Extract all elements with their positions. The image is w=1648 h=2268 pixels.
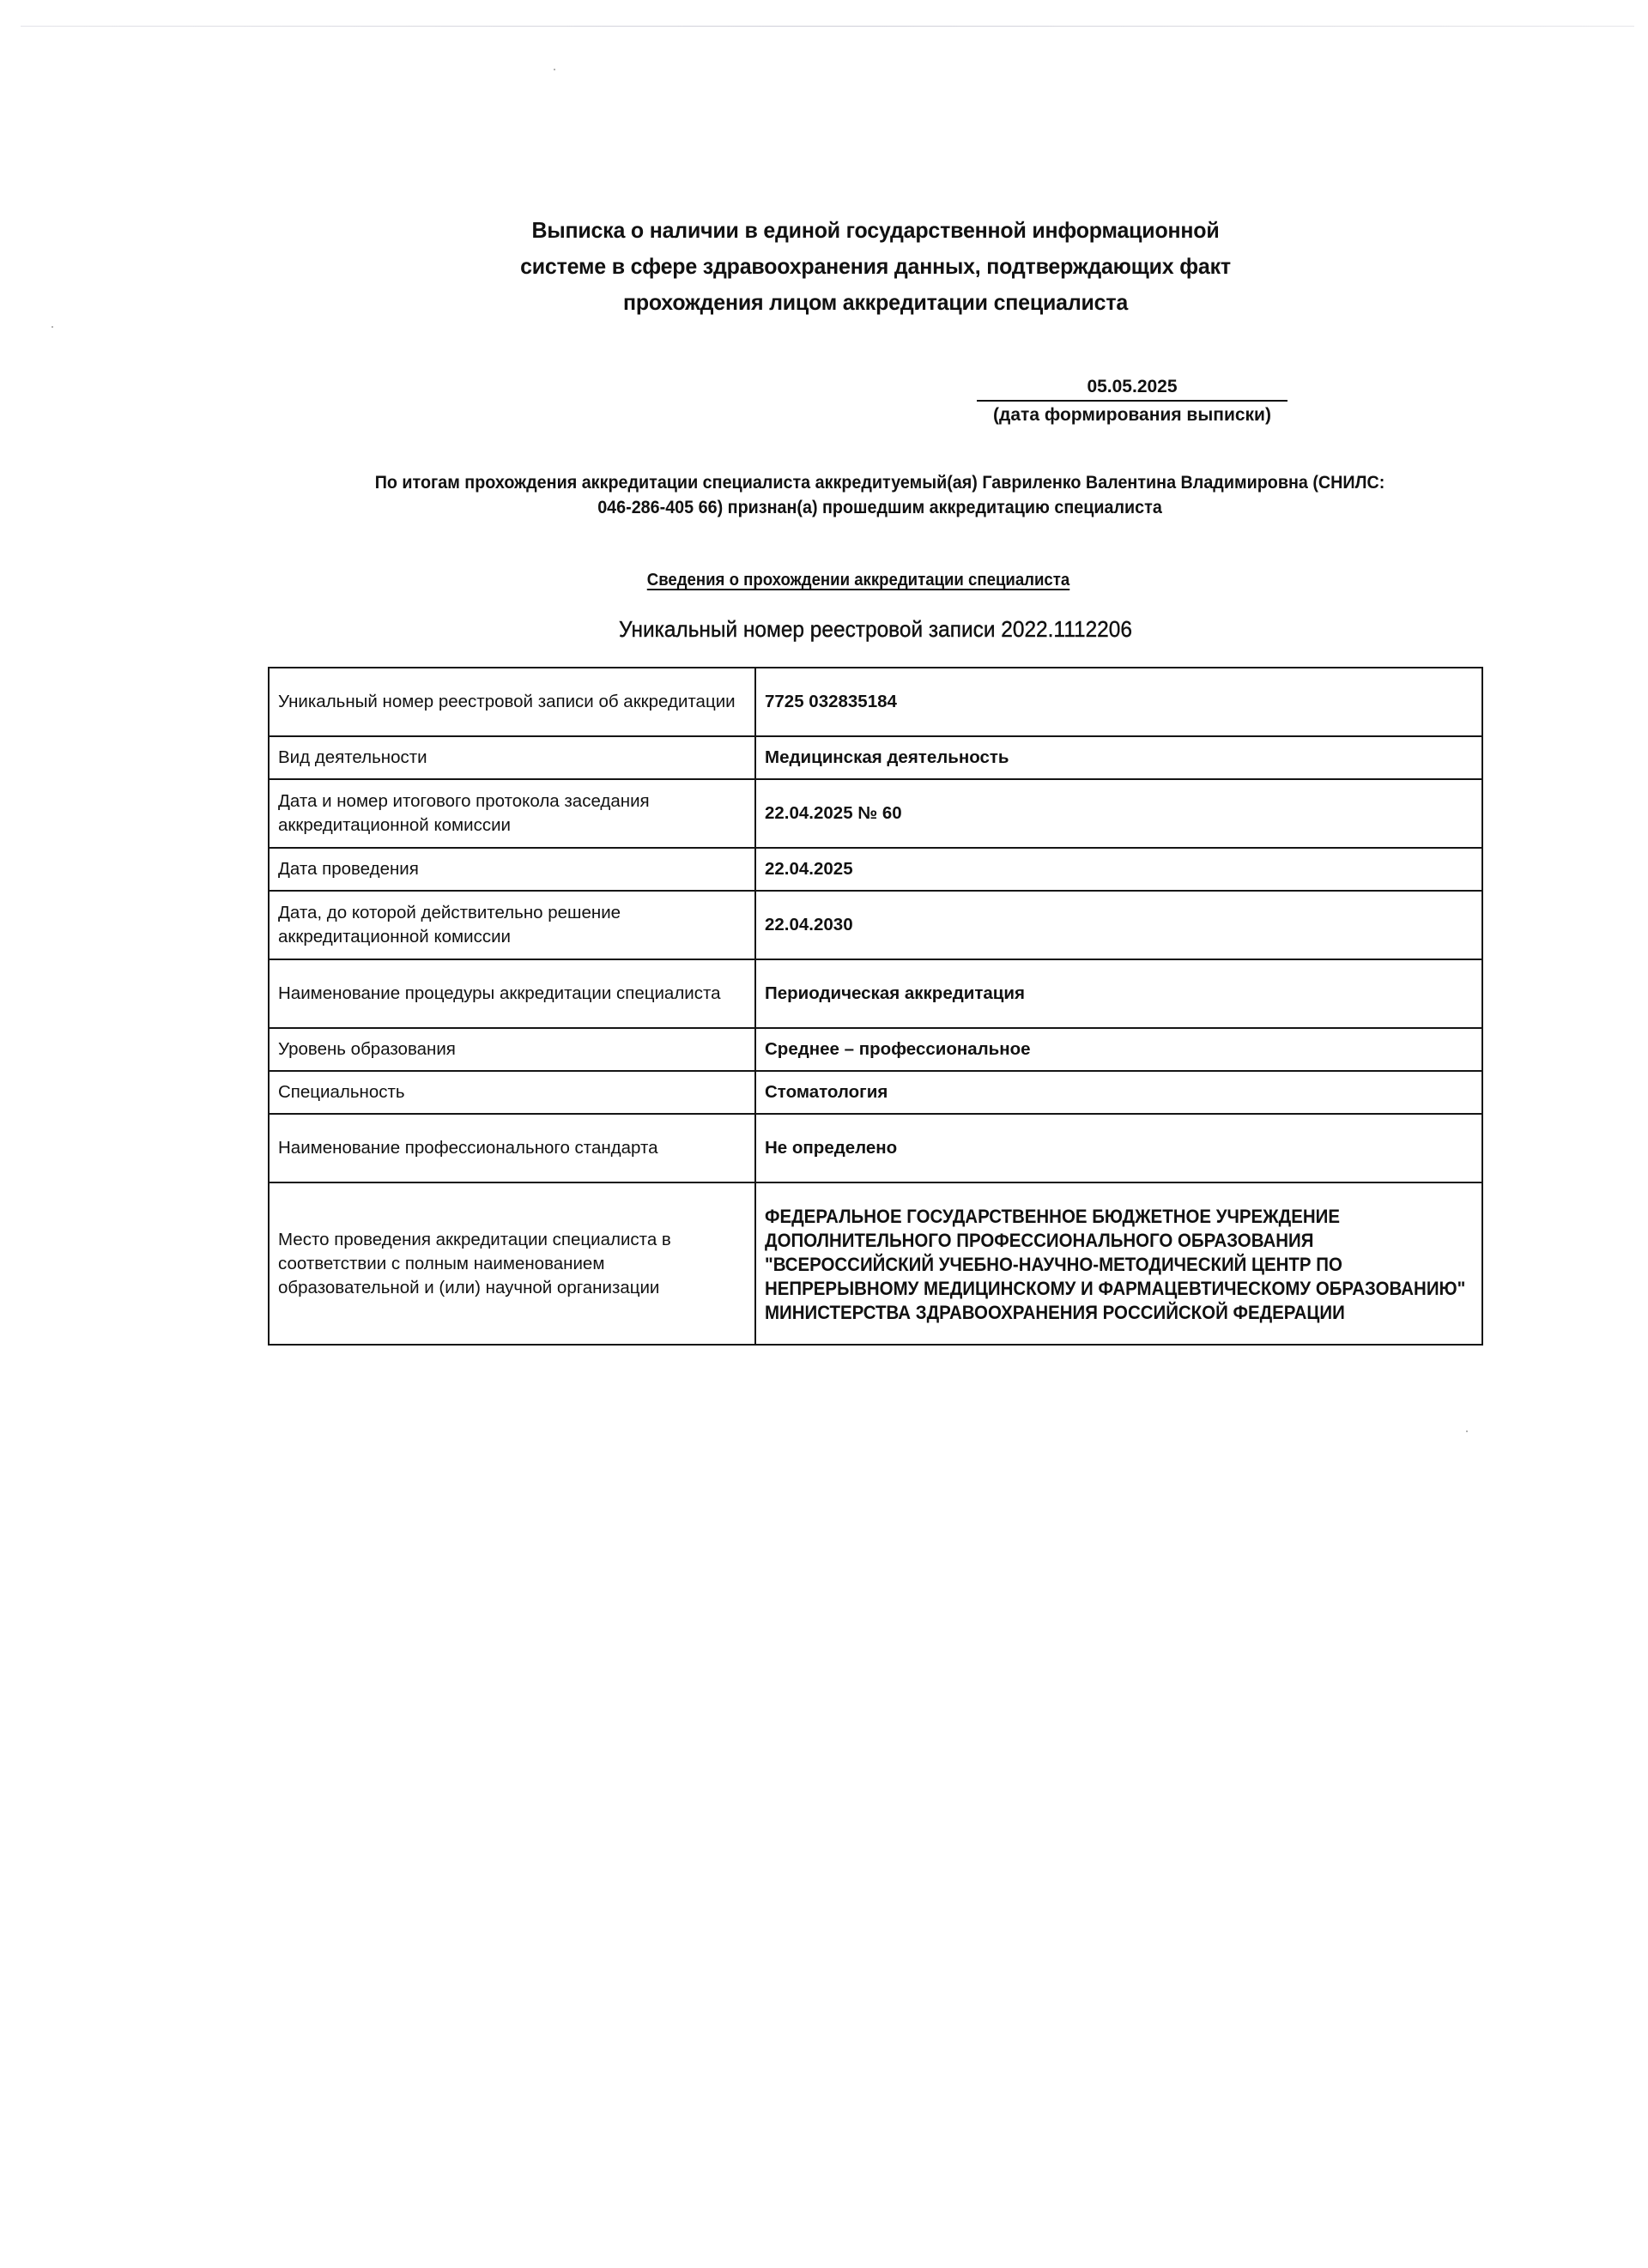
- row-label: Дата, до которой действительно решение а…: [269, 891, 755, 959]
- row-value: Стоматология: [755, 1071, 1482, 1114]
- scan-speck: [51, 326, 53, 328]
- row-label: Специальность: [269, 1071, 755, 1114]
- row-value: Медицинская деятельность: [755, 736, 1482, 779]
- table-row: Дата и номер итогового протокола заседан…: [269, 779, 1482, 848]
- registry-number-heading: Уникальный номер реестровой записи 2022.…: [456, 616, 1295, 643]
- row-label: Уровень образования: [269, 1028, 755, 1071]
- issue-date-value: 05.05.2025: [977, 375, 1287, 402]
- intro-paragraph: По итогам прохождения аккредитации специ…: [295, 470, 1465, 520]
- table-row: Наименование процедуры аккредитации спец…: [269, 959, 1482, 1028]
- intro-line: По итогам прохождения аккредитации специ…: [295, 470, 1465, 495]
- row-value: 22.04.2025: [755, 848, 1482, 891]
- issue-date-caption: (дата формирования выписки): [977, 403, 1287, 427]
- row-label: Вид деятельности: [269, 736, 755, 779]
- table-row: Уникальный номер реестровой записи об ак…: [269, 668, 1482, 736]
- row-value: Периодическая аккредитация: [755, 959, 1482, 1028]
- row-value: Среднее – профессиональное: [755, 1028, 1482, 1071]
- row-value-organization: ФЕДЕРАЛЬНОЕ ГОСУДАРСТВЕННОЕ БЮДЖЕТНОЕ УЧ…: [755, 1182, 1482, 1345]
- row-value: Не определено: [755, 1114, 1482, 1182]
- table-row: Уровень образования Среднее – профессион…: [269, 1028, 1482, 1071]
- scan-artifact-line: [21, 26, 1634, 27]
- row-value: 22.04.2025 № 60: [755, 779, 1482, 848]
- organization-name: ФЕДЕРАЛЬНОЕ ГОСУДАРСТВЕННОЕ БЮДЖЕТНОЕ УЧ…: [765, 1205, 1469, 1325]
- table-row: Специальность Стоматология: [269, 1071, 1482, 1114]
- table-row: Вид деятельности Медицинская деятельност…: [269, 736, 1482, 779]
- row-label: Уникальный номер реестровой записи об ак…: [269, 668, 755, 736]
- accreditation-details-table: Уникальный номер реестровой записи об ак…: [268, 667, 1483, 1346]
- row-label: Наименование процедуры аккредитации спец…: [269, 959, 755, 1028]
- table-row: Наименование профессионального стандарта…: [269, 1114, 1482, 1182]
- table-row: Место проведения аккредитации специалист…: [269, 1182, 1482, 1345]
- scan-speck: [1466, 1430, 1468, 1432]
- scan-speck: [554, 69, 555, 70]
- row-label: Место проведения аккредитации специалист…: [269, 1182, 755, 1345]
- row-label: Дата и номер итогового протокола заседан…: [269, 779, 755, 848]
- table-row: Дата, до которой действительно решение а…: [269, 891, 1482, 959]
- table-row: Дата проведения 22.04.2025: [269, 848, 1482, 891]
- intro-line: 046-286-405 66) признан(а) прошедшим акк…: [295, 495, 1465, 520]
- row-value: 22.04.2030: [755, 891, 1482, 959]
- row-label: Наименование профессионального стандарта: [269, 1114, 755, 1182]
- issue-date-block: 05.05.2025 (дата формирования выписки): [977, 375, 1287, 427]
- section-heading: Сведения о прохождении аккредитации спец…: [507, 571, 1209, 590]
- row-label: Дата проведения: [269, 848, 755, 891]
- title-line: прохождения лицом аккредитации специалис…: [414, 284, 1336, 320]
- document-title: Выписка о наличии в единой государственн…: [414, 212, 1336, 320]
- row-value: 7725 032835184: [755, 668, 1482, 736]
- title-line: Выписка о наличии в единой государственн…: [414, 212, 1336, 248]
- title-line: системе в сфере здравоохранения данных, …: [414, 248, 1336, 284]
